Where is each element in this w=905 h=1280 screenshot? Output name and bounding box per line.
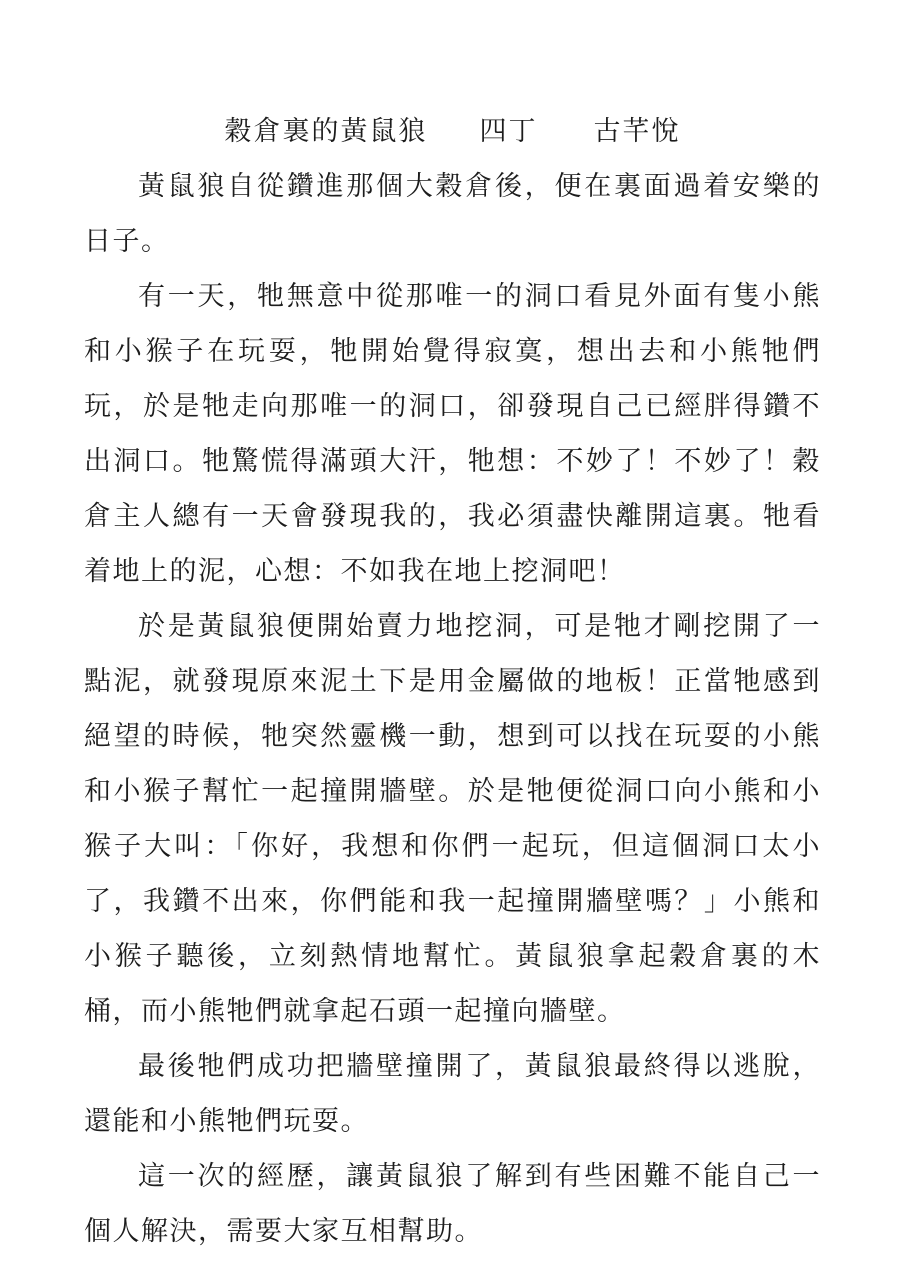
paragraph-5: 這一次的經歷，讓黃鼠狼了解到有些困難不能自己一個人解決，需要大家互相幫助。 <box>84 1149 821 1259</box>
class-name: 四丁 <box>480 104 538 159</box>
document-page: 穀倉裏的黃鼠狼 四丁 古芊悅 黃鼠狼自從鑽進那個大穀倉後，便在裏面過着安樂的日子… <box>0 0 905 1280</box>
document-title: 穀倉裏的黃鼠狼 <box>225 104 428 159</box>
title-line: 穀倉裏的黃鼠狼 四丁 古芊悅 <box>84 104 821 159</box>
paragraph-4: 最後牠們成功把牆壁撞開了，黃鼠狼最終得以逃脫，還能和小熊牠們玩耍。 <box>84 1039 821 1149</box>
paragraph-3: 於是黃鼠狼便開始賣力地挖洞，可是牠才剛挖開了一點泥，就發現原來泥土下是用金屬做的… <box>84 599 821 1039</box>
author-name: 古芊悅 <box>594 104 681 159</box>
paragraph-1: 黃鼠狼自從鑽進那個大穀倉後，便在裏面過着安樂的日子。 <box>84 159 821 269</box>
paragraph-2: 有一天，牠無意中從那唯一的洞口看見外面有隻小熊和小猴子在玩耍，牠開始覺得寂寞，想… <box>84 269 821 599</box>
essay-body: 黃鼠狼自從鑽進那個大穀倉後，便在裏面過着安樂的日子。 有一天，牠無意中從那唯一的… <box>84 159 821 1259</box>
